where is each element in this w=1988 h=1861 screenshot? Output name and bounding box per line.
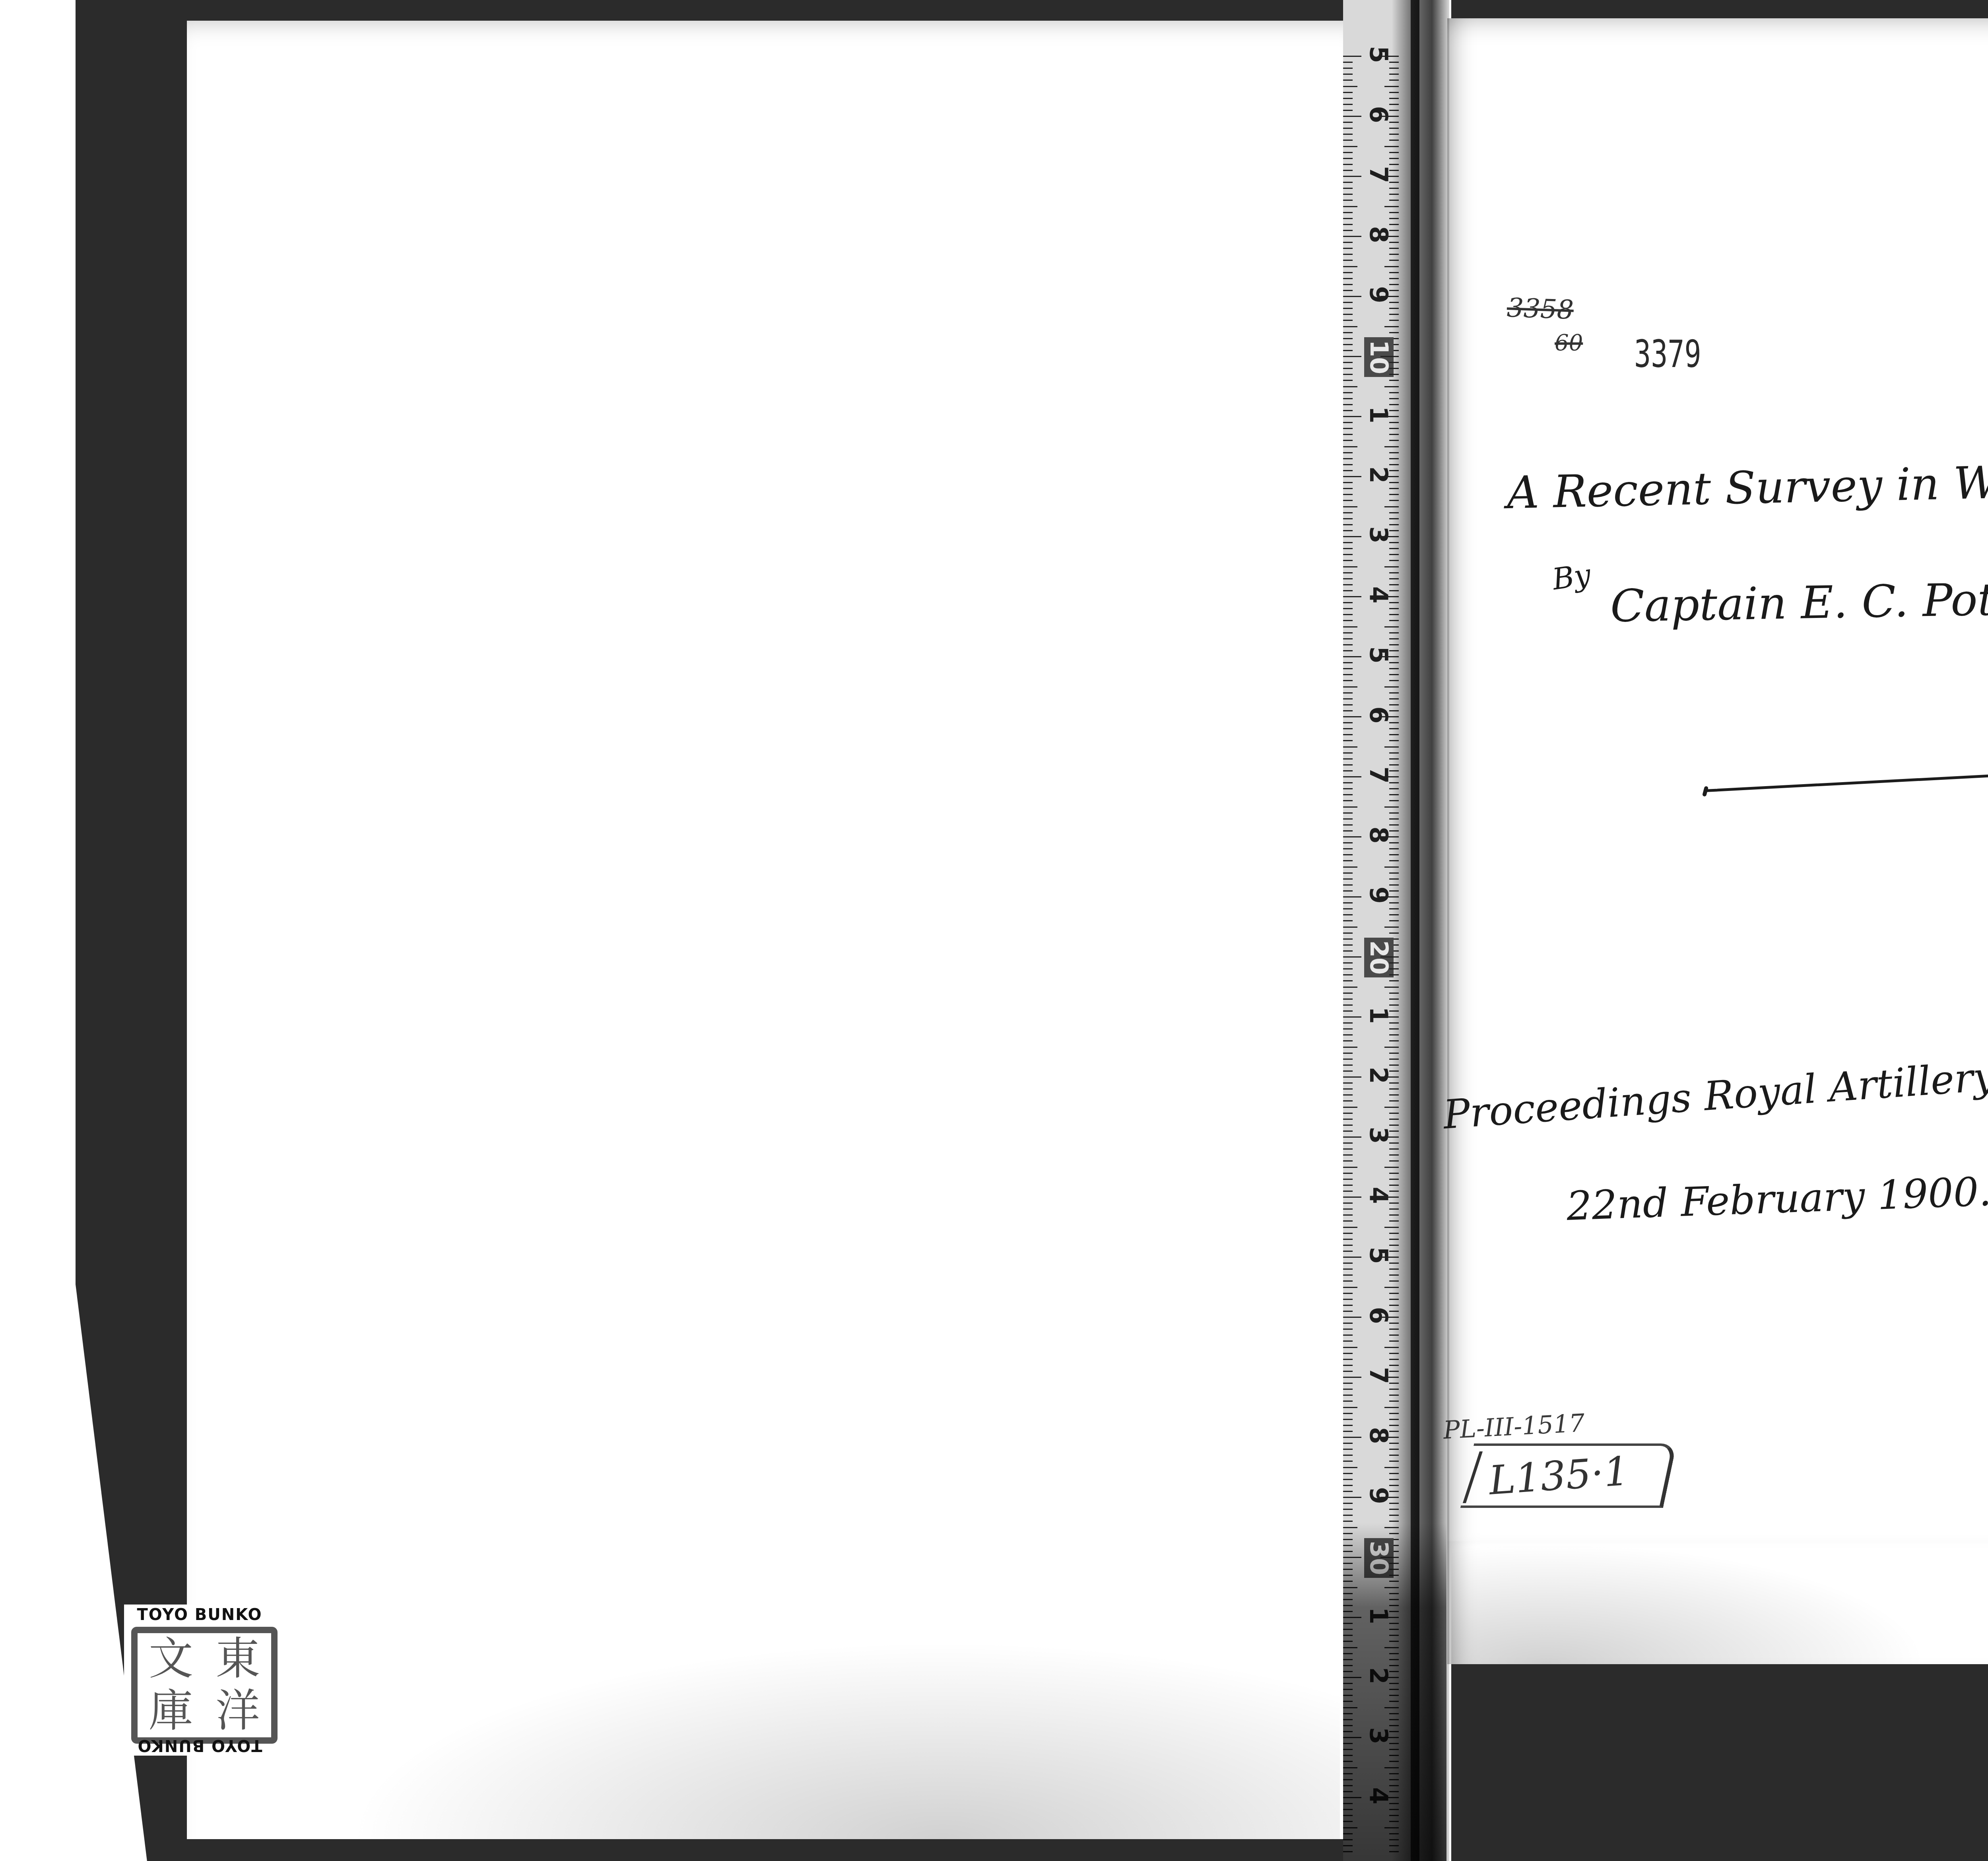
ruler-tick — [1343, 92, 1353, 93]
ruler-tick — [1343, 1142, 1353, 1144]
ruler-tick — [1343, 116, 1361, 117]
ruler-number: 2 — [1366, 453, 1391, 497]
ruler-tick — [1343, 152, 1353, 153]
ruler-tick — [1343, 884, 1353, 886]
ruler-tick — [1343, 1485, 1353, 1486]
ruler-tick — [1343, 920, 1353, 921]
ruler-tick — [1343, 488, 1353, 489]
ruler-tick — [1343, 914, 1353, 915]
ruler-tick — [1343, 1329, 1353, 1330]
ruler-tick — [1343, 968, 1353, 969]
ruler-tick — [1343, 140, 1353, 141]
ruler-tick — [1343, 254, 1353, 255]
ruler-number: 9 — [1366, 273, 1391, 317]
call-number: L135·1 — [1487, 1448, 1631, 1504]
ruler-tick — [1343, 1353, 1353, 1354]
ruler-tick — [1343, 1305, 1353, 1306]
ruler-number: 3 — [1366, 1113, 1391, 1157]
ruler-tick — [1343, 1022, 1353, 1024]
ruler-tick — [1343, 1034, 1353, 1035]
ruler-tick — [1343, 728, 1353, 729]
ruler-tick — [1343, 962, 1353, 964]
ruler-tick — [1343, 1521, 1353, 1522]
ruler-tick — [1343, 158, 1353, 159]
ruler-tick — [1343, 332, 1353, 333]
ruler-tick — [1343, 386, 1357, 387]
ruler-tick — [1343, 848, 1353, 849]
ruler-tick — [1343, 260, 1353, 261]
ruler-tick — [1343, 416, 1361, 417]
ruler-tick — [1343, 1497, 1361, 1498]
ruler-tick — [1343, 1113, 1353, 1114]
ruler-tick — [1343, 1119, 1353, 1120]
ruler-tick — [1343, 872, 1353, 874]
ruler-tick — [1343, 1269, 1353, 1270]
ruler-tick — [1343, 470, 1353, 471]
ruler-tick — [1343, 824, 1353, 826]
left-page — [187, 21, 1352, 1839]
ruler-tick — [1343, 626, 1357, 627]
ruler-tick — [1343, 1016, 1361, 1018]
ruler-tick — [1343, 524, 1353, 525]
seal-character: 庫 — [138, 1685, 204, 1737]
ruler-tick — [1343, 560, 1353, 561]
scanner-background-top-right — [1451, 0, 1988, 18]
ruler-tick — [1343, 1131, 1353, 1132]
ruler-tick — [1343, 572, 1353, 573]
ruler-tick — [1343, 836, 1361, 837]
ruler-tick — [1343, 1509, 1353, 1510]
ruler-tick — [1343, 746, 1357, 748]
ruler-tick — [1343, 770, 1353, 771]
byline-prefix: By — [1550, 558, 1593, 597]
ruler-tick — [1343, 1280, 1353, 1282]
ruler-tick — [1343, 110, 1353, 111]
ruler-tick — [1343, 1389, 1353, 1390]
ruler-tick — [1343, 1191, 1353, 1192]
ruler-tick — [1343, 512, 1353, 513]
ruler-tick — [1343, 1491, 1353, 1492]
ruler-tick — [1343, 866, 1357, 868]
ruler-tick — [1343, 548, 1353, 549]
ruler-tick — [1343, 326, 1357, 327]
ruler-tick — [1343, 1076, 1361, 1078]
ruler-tick — [1343, 206, 1357, 207]
ruler-tick — [1343, 1059, 1353, 1060]
ruler-tick — [1343, 74, 1353, 75]
ruler-number: 9 — [1366, 1474, 1391, 1517]
ruler-tick — [1343, 218, 1353, 219]
ruler-number: 9 — [1366, 873, 1391, 917]
ruler-tick — [1343, 656, 1361, 657]
ruler-tick — [1343, 122, 1353, 123]
ruler-tick — [1343, 1053, 1353, 1054]
ruler-tick — [1343, 1047, 1357, 1048]
ruler-tick — [1343, 794, 1353, 795]
ruler-tick — [1343, 614, 1353, 615]
scanner-background-bottom-right — [1451, 1664, 1988, 1861]
stamp-caption: TOYO BUNKO — [124, 1737, 275, 1753]
ruler-tick — [1343, 1437, 1361, 1438]
ruler-tick — [1343, 1317, 1361, 1318]
ruler-tick — [1343, 1479, 1353, 1480]
ruler-tick — [1343, 902, 1353, 903]
ruler-tick — [1343, 1208, 1353, 1210]
ruler-tick — [1343, 56, 1361, 57]
ruler-tick — [1343, 374, 1353, 375]
ruler-tick — [1343, 686, 1357, 688]
ruler-tick — [1343, 80, 1353, 81]
ruler-tick — [1343, 518, 1353, 519]
ruler-tick — [1343, 1065, 1353, 1066]
ruler-tick — [1343, 68, 1353, 69]
ruler-tick — [1343, 1335, 1353, 1336]
ruler-number: 4 — [1366, 573, 1391, 617]
stamp-caption: TOYO BUNKO — [124, 1607, 275, 1623]
ruler-tick — [1343, 398, 1353, 399]
ruler-tick — [1343, 212, 1353, 213]
ruler-tick — [1343, 980, 1353, 981]
ruler-tick — [1343, 674, 1353, 675]
ruler-tick — [1343, 1214, 1353, 1216]
ruler-tick — [1343, 776, 1361, 777]
ruler-tick — [1343, 320, 1353, 321]
ruler-tick — [1343, 1239, 1353, 1240]
ruler-tick — [1343, 176, 1361, 177]
ruler-tick — [1343, 98, 1353, 99]
ruler-tick — [1343, 1467, 1357, 1468]
ruler-tick — [1343, 1371, 1353, 1372]
seal-character: 文 — [138, 1633, 204, 1685]
ruler-tick — [1343, 1197, 1361, 1198]
scanner-background-top-left — [76, 0, 1352, 21]
ruler-tick — [1343, 170, 1353, 171]
ruler-tick — [1343, 1148, 1353, 1150]
ruler-tick — [1343, 1449, 1353, 1450]
ruler-tick — [1343, 500, 1353, 501]
ruler-tick — [1343, 1293, 1353, 1294]
ruler-tick — [1343, 1179, 1353, 1180]
ruler-tick — [1343, 1257, 1361, 1258]
ruler-tick — [1343, 356, 1361, 357]
ruler-tick — [1343, 1365, 1353, 1366]
ruler-number: 8 — [1366, 213, 1391, 256]
ruler-tick — [1343, 482, 1353, 483]
ruler-tick — [1343, 1383, 1353, 1384]
ruler-number: 7 — [1366, 753, 1391, 797]
ruler-number: 7 — [1366, 1354, 1391, 1397]
ruler-tick — [1343, 950, 1353, 952]
ruler-tick — [1343, 650, 1353, 651]
ruler-tick — [1343, 1287, 1357, 1288]
ruler-tick — [1343, 1401, 1353, 1402]
ruler-tick — [1343, 62, 1353, 63]
ruler-tick — [1343, 350, 1353, 351]
ruler-number: 7 — [1366, 153, 1391, 196]
ruler-tick — [1343, 1251, 1353, 1252]
scanner-background-bottom-left — [159, 1839, 1352, 1861]
ruler-tick — [1343, 1515, 1353, 1516]
ruler-tick — [1343, 944, 1353, 946]
ruler-tick — [1343, 446, 1357, 447]
ruler-tick — [1343, 1425, 1353, 1426]
ruler-tick — [1343, 1443, 1353, 1444]
ruler-tick — [1343, 1136, 1361, 1138]
ruler-tick — [1343, 1413, 1353, 1414]
old-catalogue-number: 3358 — [1507, 292, 1574, 325]
ruler-tick — [1343, 644, 1353, 645]
ruler-tick — [1343, 758, 1353, 760]
ruler-tick — [1343, 854, 1353, 855]
ruler-tick — [1343, 368, 1353, 369]
ruler-tick — [1343, 1377, 1361, 1378]
ruler-tick — [1343, 932, 1353, 934]
ruler-tick — [1343, 1503, 1353, 1504]
ruler-tick — [1343, 1359, 1353, 1360]
ruler-tick — [1343, 308, 1353, 309]
ruler-tick — [1343, 284, 1353, 285]
ruler-tick — [1343, 1010, 1353, 1012]
ruler-tick — [1343, 410, 1353, 411]
ruler-tick — [1343, 1347, 1357, 1348]
ruler-tick — [1343, 602, 1353, 603]
ruler-tick — [1343, 752, 1353, 754]
ruler-tick — [1343, 344, 1353, 345]
library-stamp-bottom-left: TOYO BUNKO 文 東 庫 洋 TOYO BUNKO — [124, 1605, 275, 1756]
ruler-tick — [1343, 896, 1361, 897]
ruler-tick — [1343, 806, 1357, 808]
ruler-tick — [1343, 1082, 1353, 1084]
ruler-tick — [1343, 1154, 1353, 1156]
ruler-tick — [1343, 1028, 1353, 1030]
ruler-tick — [1343, 800, 1353, 801]
ruler-tick — [1343, 224, 1353, 225]
ruler-tick — [1343, 1167, 1357, 1168]
ruler-tick — [1343, 938, 1353, 940]
catalogue-number: 3379 — [1634, 332, 1701, 376]
ruler-tick — [1343, 236, 1361, 237]
ruler-tick — [1343, 1245, 1353, 1246]
ruler-tick — [1343, 1173, 1353, 1174]
ruler-tick — [1343, 927, 1357, 928]
ruler-tick — [1343, 716, 1361, 717]
ruler-tick — [1343, 788, 1353, 789]
ruler-tick — [1343, 458, 1353, 459]
ruler-tick — [1343, 134, 1353, 135]
ruler-tick — [1343, 464, 1353, 465]
ruler-tick — [1343, 1185, 1353, 1186]
ruler-shadow — [1343, 1523, 1446, 1861]
ruler-tick — [1343, 782, 1353, 783]
ruler-tick — [1343, 242, 1353, 243]
ruler-tick — [1343, 296, 1361, 297]
ruler-tick — [1343, 908, 1353, 909]
ruler-tick — [1343, 146, 1357, 147]
ruler-tick — [1343, 710, 1353, 711]
ruler-number: 3 — [1366, 513, 1391, 557]
ruler-tick — [1343, 86, 1357, 87]
ruler-tick — [1343, 734, 1353, 735]
ruler-number: 10 — [1364, 337, 1394, 377]
ruler-tick — [1343, 362, 1353, 363]
ruler-tick — [1343, 230, 1353, 231]
ruler-tick — [1343, 608, 1353, 609]
ruler-tick — [1343, 1100, 1353, 1101]
ruler-number: 20 — [1364, 938, 1394, 977]
ruler-tick — [1343, 266, 1357, 267]
ruler-tick — [1343, 506, 1357, 507]
ruler-tick — [1343, 530, 1353, 531]
ruler-tick — [1343, 200, 1353, 201]
ruler-tick — [1343, 1263, 1353, 1264]
ruler-tick — [1343, 632, 1353, 633]
ruler-tick — [1343, 128, 1353, 129]
ruler-tick — [1343, 1299, 1353, 1300]
seal-character: 洋 — [204, 1685, 271, 1737]
ruler-tick — [1343, 987, 1357, 988]
ruler-tick — [1343, 842, 1353, 843]
seal-character: 東 — [204, 1633, 271, 1685]
ruler-tick — [1343, 1094, 1353, 1096]
ruler-tick — [1343, 428, 1353, 429]
ruler-tick — [1343, 494, 1353, 495]
ruler-tick — [1343, 1340, 1353, 1342]
ruler-tick — [1343, 1274, 1353, 1276]
ruler-tick — [1343, 338, 1353, 339]
ruler-tick — [1343, 1323, 1353, 1324]
ruler-tick — [1343, 860, 1353, 861]
ruler-tick — [1343, 974, 1353, 975]
ruler-tick — [1343, 890, 1353, 892]
ruler-number: 5 — [1366, 633, 1391, 677]
ruler-tick — [1343, 638, 1353, 639]
ruler-tick — [1343, 993, 1353, 994]
ruler-tick — [1343, 194, 1353, 195]
ruler-tick — [1343, 554, 1353, 555]
ruler-tick — [1343, 104, 1353, 105]
ruler-tick — [1343, 584, 1353, 585]
ruler-number: 6 — [1366, 1294, 1391, 1337]
ruler-tick — [1343, 542, 1353, 543]
ruler-tick — [1343, 182, 1353, 183]
ruler-tick — [1343, 1125, 1353, 1126]
ruler-number: 6 — [1366, 693, 1391, 737]
ruler-tick — [1343, 452, 1353, 453]
paper-smudge — [346, 1640, 1340, 1839]
ruler-number: 2 — [1366, 1053, 1391, 1097]
ruler-tick — [1343, 536, 1361, 537]
ruler-tick — [1343, 248, 1353, 249]
ruler-tick — [1343, 692, 1353, 694]
ruler-tick — [1343, 380, 1353, 381]
ruler-number: 1 — [1366, 393, 1391, 437]
ruler-tick — [1343, 476, 1361, 477]
ruler-tick — [1343, 1455, 1353, 1456]
ruler-tick — [1343, 566, 1357, 567]
ruler-tick — [1343, 878, 1353, 880]
ruler-tick — [1343, 704, 1353, 705]
ruler-tick — [1343, 722, 1353, 723]
ruler-tick — [1343, 302, 1353, 303]
ruler-tick — [1343, 662, 1353, 663]
ruler-tick — [1343, 1233, 1353, 1234]
ruler-tick — [1343, 998, 1353, 1000]
ruler-tick — [1343, 1004, 1353, 1006]
ruler-tick — [1343, 1461, 1353, 1462]
ruler-tick — [1343, 818, 1353, 820]
ruler-tick — [1343, 1160, 1353, 1162]
ruler-tick — [1343, 404, 1353, 405]
ruler-tick — [1343, 680, 1353, 681]
ruler-tick — [1343, 1088, 1353, 1090]
ruler-tick — [1343, 1473, 1353, 1474]
ruler-tick — [1343, 440, 1353, 441]
ruler-number: 8 — [1366, 813, 1391, 857]
ruler-tick — [1343, 620, 1353, 621]
ruler-tick — [1343, 668, 1353, 669]
ruler-tick — [1343, 1395, 1353, 1396]
ruler-tick — [1343, 698, 1353, 699]
ruler-tick — [1343, 764, 1353, 765]
ruler-number: 5 — [1366, 1234, 1391, 1277]
ruler-tick — [1343, 1202, 1353, 1204]
ruler-tick — [1343, 578, 1353, 579]
ruler-tick — [1343, 812, 1353, 814]
ruler-tick — [1343, 1220, 1353, 1222]
ruler-tick — [1343, 1227, 1357, 1228]
ruler-tick — [1343, 314, 1353, 315]
ruler-number: 1 — [1366, 993, 1391, 1037]
ruler-tick — [1343, 1311, 1353, 1312]
ruler-tick — [1343, 1070, 1353, 1072]
ruler-tick — [1343, 434, 1353, 435]
ruler-tick — [1343, 956, 1361, 958]
ruler-tick — [1343, 164, 1353, 165]
ruler-tick — [1343, 590, 1353, 591]
ruler-tick — [1343, 1431, 1353, 1432]
old-catalogue-prefix: 60 — [1555, 330, 1583, 356]
ruler-tick — [1343, 1107, 1357, 1108]
ruler-tick — [1343, 830, 1353, 831]
ruler-tick — [1343, 1040, 1353, 1041]
ruler-tick — [1343, 290, 1353, 291]
ruler-tick — [1343, 188, 1353, 189]
ruler-tick — [1343, 1419, 1353, 1420]
ruler-tick — [1343, 596, 1361, 597]
ruler-number: 5 — [1366, 33, 1391, 76]
ruler-number: 4 — [1366, 1173, 1391, 1217]
paper-smudge — [1451, 1543, 1928, 1664]
ruler-number: 8 — [1366, 1414, 1391, 1457]
ruler-tick — [1343, 1407, 1357, 1408]
ruler-tick — [1343, 422, 1353, 423]
ruler-tick — [1343, 392, 1353, 393]
stamp-seal: 文 東 庫 洋 — [131, 1627, 278, 1744]
ruler-number: 6 — [1366, 93, 1391, 136]
ruler-tick — [1343, 278, 1353, 279]
ruler-tick — [1343, 740, 1353, 741]
ruler-tick — [1343, 272, 1353, 273]
